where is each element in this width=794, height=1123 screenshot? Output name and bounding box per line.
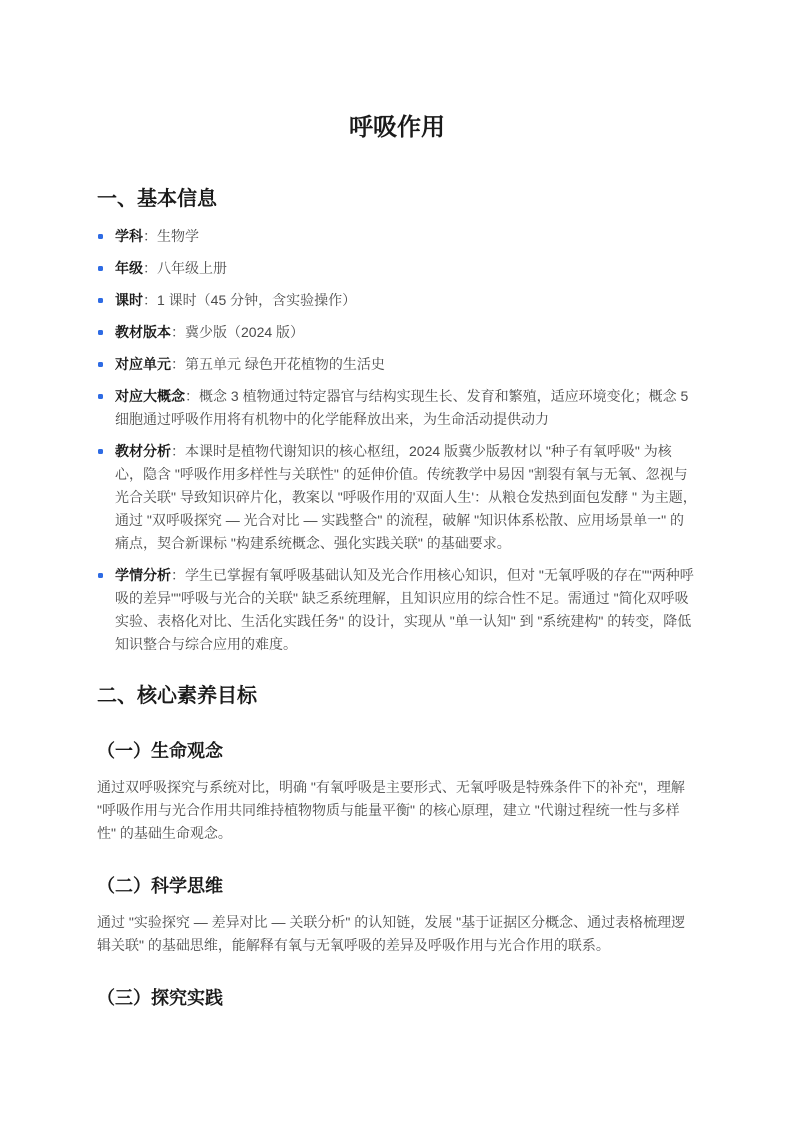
list-item-value: 第五单元 绿色开花植物的生活史 <box>185 356 385 372</box>
list-item-label: 对应单元 <box>115 356 171 372</box>
list-item-label: 对应大概念 <box>115 388 185 404</box>
basic-info-list: 学科：生物学 年级：八年级上册 课时：1 课时（45 分钟，含实验操作） 教材版… <box>97 225 697 656</box>
bullet-icon <box>98 362 103 367</box>
section-heading-basic-info: 一、基本信息 <box>97 185 697 213</box>
list-item-label: 学情分析 <box>115 567 171 583</box>
list-item-grade: 年级：八年级上册 <box>97 257 697 280</box>
list-item-colon: ： <box>143 260 157 276</box>
page-title: 呼吸作用 <box>97 112 697 144</box>
list-item-label: 学科 <box>115 228 143 244</box>
list-item-unit: 对应单元：第五单元 绿色开花植物的生活史 <box>97 353 697 376</box>
bullet-icon <box>98 330 103 335</box>
list-item-subject: 学科：生物学 <box>97 225 697 248</box>
list-item-periods: 课时：1 课时（45 分钟，含实验操作） <box>97 289 697 312</box>
list-item-label: 教材版本 <box>115 324 171 340</box>
bullet-icon <box>98 234 103 239</box>
document-page: 呼吸作用 一、基本信息 学科：生物学 年级：八年级上册 课时：1 课时（45 分… <box>0 0 794 1123</box>
bullet-icon <box>98 298 103 303</box>
list-item-value: 本课时是植物代谢知识的核心枢纽，2024 版冀少版教材以 "种子有氧呼吸" 为核… <box>115 443 697 551</box>
list-item-value: 八年级上册 <box>157 260 227 276</box>
list-item-learner-analysis: 学情分析：学生已掌握有氧呼吸基础认知及光合作用核心知识，但对 "无氧呼吸的存在"… <box>97 564 697 656</box>
subsection-heading-inquiry-practice: （三）探究实践 <box>97 985 697 1011</box>
list-item-textbook-edition: 教材版本：冀少版（2024 版） <box>97 321 697 344</box>
list-item-big-concepts: 对应大概念：概念 3 植物通过特定器官与结构实现生长、发育和繁殖，适应环境变化；… <box>97 385 697 431</box>
list-item-colon: ： <box>171 567 185 583</box>
section-heading-core-literacy: 二、核心素养目标 <box>97 682 697 710</box>
subsection-heading-scientific-thinking: （二）科学思维 <box>97 873 697 899</box>
subsection-heading-life-concept: （一）生命观念 <box>97 738 697 764</box>
list-item-textbook-analysis: 教材分析：本课时是植物代谢知识的核心枢纽，2024 版冀少版教材以 "种子有氧呼… <box>97 440 697 555</box>
list-item-colon: ： <box>143 228 157 244</box>
bullet-icon <box>98 394 103 399</box>
list-item-value: 生物学 <box>157 228 199 244</box>
list-item-colon: ： <box>185 388 199 404</box>
list-item-value: 概念 3 植物通过特定器官与结构实现生长、发育和繁殖，适应环境变化；概念 5 细… <box>115 388 688 427</box>
list-item-colon: ： <box>171 356 185 372</box>
list-item-value: 学生已掌握有氧呼吸基础认知及光合作用核心知识，但对 "无氧呼吸的存在""两种呼吸… <box>115 567 694 652</box>
list-item-colon: ： <box>143 292 157 308</box>
bullet-icon <box>98 449 103 454</box>
bullet-icon <box>98 573 103 578</box>
list-item-label: 年级 <box>115 260 143 276</box>
list-item-value: 冀少版（2024 版） <box>185 324 304 340</box>
bullet-icon <box>98 266 103 271</box>
list-item-label: 课时 <box>115 292 143 308</box>
list-item-colon: ： <box>171 443 185 459</box>
list-item-value: 1 课时（45 分钟，含实验操作） <box>157 292 356 308</box>
list-item-label: 教材分析 <box>115 443 171 459</box>
paragraph-life-concept: 通过双呼吸探究与系统对比，明确 "有氧呼吸是主要形式、无氧呼吸是特殊条件下的补充… <box>97 776 697 845</box>
paragraph-scientific-thinking: 通过 "实验探究 — 差异对比 — 关联分析" 的认知链，发展 "基于证据区分概… <box>97 911 697 957</box>
list-item-colon: ： <box>171 324 185 340</box>
